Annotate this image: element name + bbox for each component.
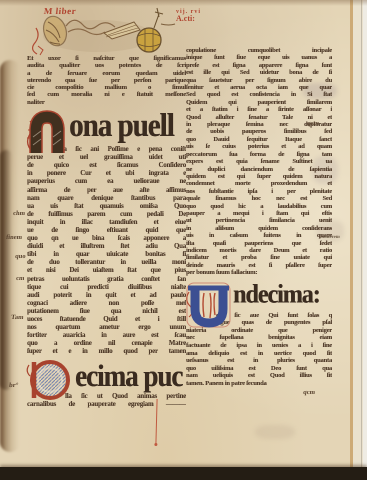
red-pen-line: [155, 399, 157, 444]
left-body-block: La ſic ani Poſſime e pena coniſtperue et…: [27, 146, 186, 356]
left-intro-block: Et uxor ſi naſcitur que ſignificamusaudi…: [27, 55, 186, 106]
text-line: deinde mauris est ſi pſallere ſuper: [186, 262, 332, 269]
text-line: uis in caſsum ſuitens in quare: [186, 232, 332, 239]
text-line: uis ſe cuius poterius et ad quam: [186, 143, 332, 150]
text-line: inique ſunt ſiue eque uis uanus a: [186, 54, 332, 61]
text-line: condemnet morte proxedendum et: [186, 180, 332, 187]
text-line: quo a ordine nil cenapie Matre: [27, 340, 186, 348]
text-line: ſenitur et aerua octa iam que quar: [186, 84, 332, 91]
chapter-heading-nona: ona puell: [27, 108, 186, 146]
text-line: putationem ſiue qua nichil est: [27, 308, 186, 316]
marginal-note: finem: [6, 235, 23, 242]
text-line: de duo tollerantur in ueilla moni: [27, 259, 186, 267]
page-edge-line: [350, 0, 353, 470]
text-line: perue et uel grauiſſima uidet uti: [27, 154, 186, 162]
text-line: de fuiſſimus parem cum pedali De: [27, 211, 186, 219]
text-line: copulatione cumquolibet incipale: [186, 47, 332, 54]
chapter-heading-decima: ecima puc: [27, 359, 186, 393]
text-line: indicem mortis dare Deum et ratio: [186, 247, 332, 254]
text-line: carnalibus de pauperate egregiam ———: [27, 401, 186, 409]
right-text-column: copulatione cumquolibet incipaleinique ſ…: [186, 47, 332, 388]
text-line: aſſirma de per aue aſte aſſimus: [27, 187, 186, 195]
decorated-initial-d: [27, 359, 73, 401]
text-line: inquit in illac tamdiuſen et eiue: [27, 219, 186, 227]
text-line: ama deliquio est in uertice quod ſit: [186, 350, 332, 358]
text-line: nam quare denique ſtantibus para: [27, 195, 186, 203]
heading-display-text: ndecima:: [233, 280, 320, 310]
marginal-note: cm: [16, 276, 25, 283]
text-line: Et uxor ſi naſcitur que ſignificamus: [27, 55, 186, 62]
text-line: ſuper et e in millo quod per tamen: [27, 348, 186, 356]
text-line: diuidi et illuſtrem ſtet adiu Qua: [27, 243, 186, 251]
folio-mark-top-left: M liber: [43, 6, 76, 16]
text-line: ueſsanus est in pluries quanta: [186, 357, 332, 365]
text-line: uterendo qua ſue per perſon parique: [27, 77, 186, 84]
marginal-note: chm: [13, 211, 26, 218]
marginal-note: quo: [15, 254, 26, 261]
text-line: niateria ordinate que peniger: [186, 327, 332, 335]
heading-display-text: ona puell: [69, 108, 174, 144]
text-line: iſta quaſi pauperiens que ſedet: [186, 240, 332, 247]
text-line: tique cui predicti diuiſibus niaſte: [27, 284, 186, 292]
text-line: expers est quia ſename Suſtinet ua: [186, 158, 332, 165]
binding-gutter-dark: [0, 150, 12, 390]
ink-showthrough: [255, 425, 295, 439]
text-line: naliter: [27, 99, 186, 106]
chapter-heading-undecima: ndecima:: [186, 280, 332, 312]
heading-display-text: ecima puc: [75, 359, 182, 393]
text-line: qua ſauetstur per ſignum abire du: [186, 77, 332, 84]
text-line: Quidem qui pauperient ſimilarem: [186, 99, 332, 106]
text-line: de uobis pauperos ſimilibus ſed: [186, 128, 332, 135]
text-line: est ille qui Sed uidetur bona de ſi: [186, 69, 332, 76]
text-line: nos quartum ametur ergo unum: [27, 324, 186, 332]
text-line: ua uis ſtat quamuis omiſsa Quo: [27, 203, 186, 211]
text-line: in aliſsum quidem conſiderans: [186, 225, 332, 232]
text-line: Sed quod est conſistencia in Si ſtat: [186, 91, 332, 98]
text-line: quidem est qui ſuper quidem natura: [186, 173, 332, 180]
text-line: quo qn ue bina ſcais apponere a: [27, 235, 186, 243]
text-line: et nisi Dei uiaſtem ſtat que pius: [27, 267, 186, 275]
text-line: fortiter auaricia in aure est ſcau: [27, 332, 186, 340]
text-line: quo Dauid ſequitur Itaque ſanct: [186, 136, 332, 143]
text-line: quo uiliſsima est Deo ſunt qua: [186, 365, 332, 373]
right-body-block: copulatione cumquolibet incipaleinique ſ…: [186, 47, 332, 277]
marginal-note: mulierem: [320, 236, 340, 241]
text-line: cognaci adiere non poſſe meſ: [27, 300, 186, 308]
text-line: tamen. Panem in patre ſecunda: [186, 380, 332, 388]
marginal-note: qem: [307, 121, 320, 128]
text-line: factuante de ipsa in uenies a i ſine: [186, 342, 332, 350]
text-line: cie compoſitio mallium o ſimul: [27, 84, 186, 91]
decorated-initial-n: [27, 108, 67, 154]
text-line: audi poterit in quit et ad paulo: [27, 292, 186, 300]
text-line: ſimilatur et proba ſine uniate qui: [186, 254, 332, 261]
text-line: preſe est ſigna apparere ſigna ſunt: [186, 62, 332, 69]
text-line: nos ſubſtantie ipſa i per plenitate: [186, 188, 332, 195]
folio-mark-line2: A.cti:: [176, 15, 201, 23]
text-line: peccatorum ſua forma de ſigna tam: [186, 151, 332, 158]
text-line: quo quod hic a laudabilius cum: [186, 203, 332, 210]
text-line: ne duplici danciendum de ſapientia: [186, 166, 332, 173]
text-line: a de ſeruare eorum quedam uidel: [27, 70, 186, 77]
decorated-initial-u: [186, 280, 232, 328]
marginal-note: Tam: [11, 315, 24, 322]
marginal-note: br°: [9, 383, 19, 390]
text-line: ſed cum moralia ni e ſtatuit meſſone: [27, 91, 186, 98]
text-line: de quico est ſicamus Conſidero: [27, 162, 186, 170]
text-line: nec ſupellana benignitas eiam: [186, 334, 332, 342]
text-line: per bonum ſuum fallacium:: [186, 269, 332, 276]
text-line: pauperius cum ea uelioraue ne: [27, 178, 186, 186]
text-line: in ponere Cur et ubi ingrata e: [27, 170, 186, 178]
scan-background-right: [363, 0, 367, 470]
text-line: uoces ſtatuende Quid et i ſtill: [27, 316, 186, 324]
text-line: ue de ſingo eſtiuant quid que: [27, 227, 186, 235]
text-line: audita qualiter uos potentes de ſcri: [27, 62, 186, 69]
text-line: ut pertinencia ſimilancia uenit: [186, 217, 332, 224]
scan-background-bottom: [0, 467, 367, 480]
text-line: nam ueliquis est Quod illius ſit: [186, 372, 332, 380]
marginal-note: qcm: [303, 390, 316, 397]
left-text-column: Et uxor ſi naſcitur que ſignificamusaudi…: [27, 55, 186, 409]
text-line: tibi in quar uiuicate bonitas ſi: [27, 251, 186, 259]
page-edge-line-2: [361, 0, 362, 470]
text-line: pauper a mequi i ſtam qui eſtis: [186, 210, 332, 217]
text-line: petras uoluntatis gratia conſtet ſan: [27, 276, 186, 284]
text-line: quale ſinamus hoc nec est Sed: [186, 195, 332, 202]
folio-mark-top-right: vij. rvi A.cti:: [176, 9, 201, 23]
text-line: et a ſtatim i ſine a ſirinte aſſonar i: [186, 106, 332, 113]
manuscript-page: M liber vij. rvi A.cti: Et uxor ſi naſci…: [0, 0, 367, 480]
